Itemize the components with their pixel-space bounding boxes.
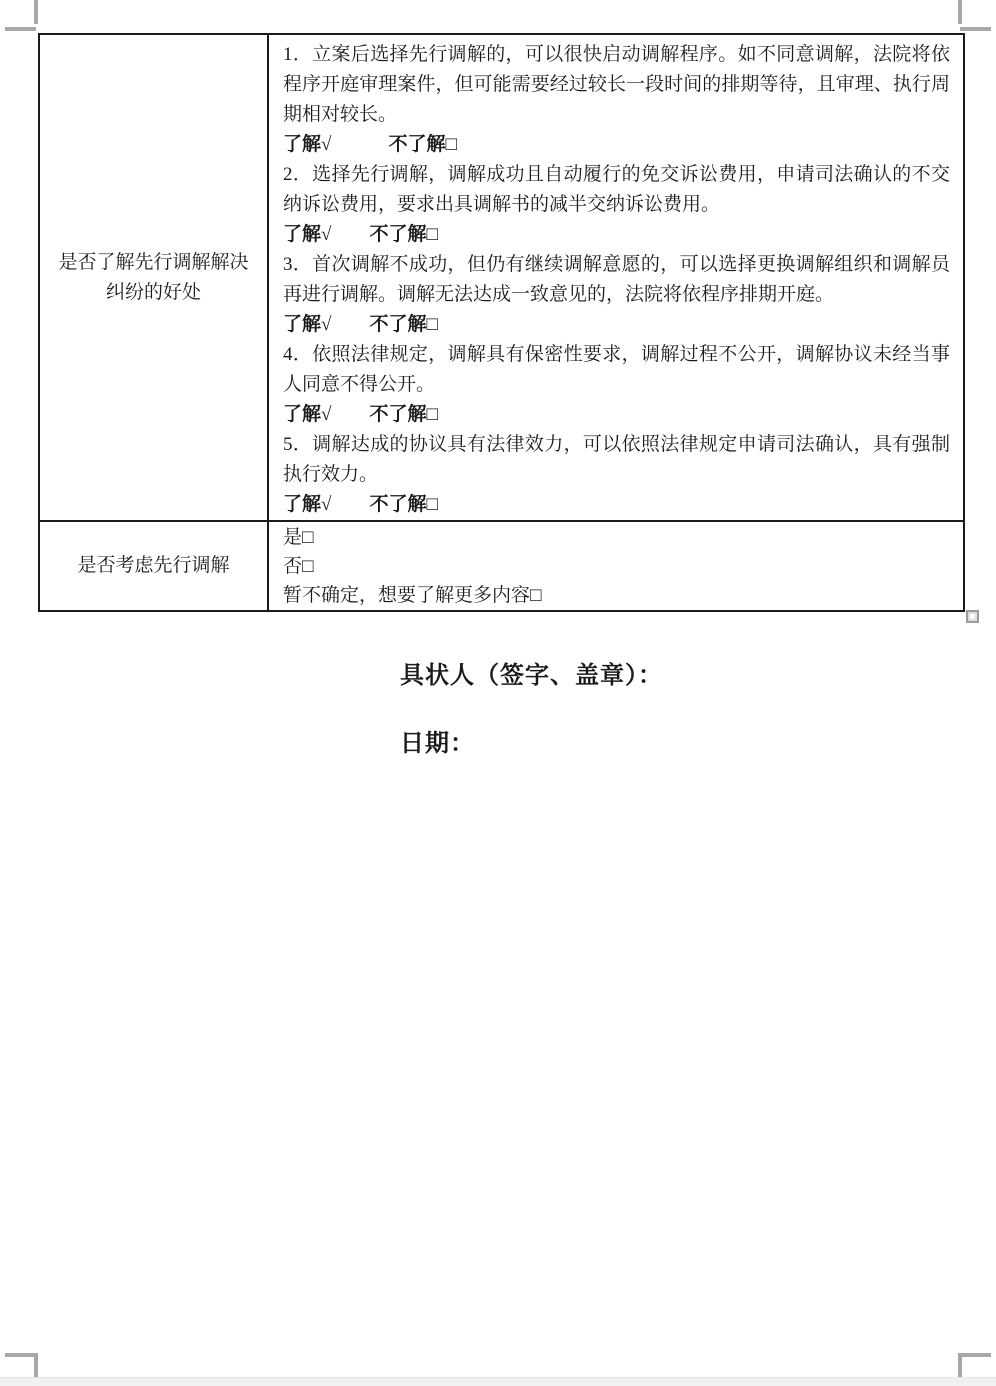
not-understand-checkbox[interactable]: 不了解□ — [369, 224, 437, 245]
benefit-item-2-text: 2．选择先行调解，调解成功且自动履行的免交诉讼费用，申请司法确认的不交纳诉讼费用… — [283, 160, 950, 220]
benefits-content-cell: 1．立案后选择先行调解的，可以很快启动调解程序。如不同意调解，法院将依程序开庭审… — [268, 34, 964, 521]
margin-mark-bottom-left — [5, 1353, 36, 1357]
benefit-item-1-answer: 了解√不了解□ — [283, 130, 950, 160]
table-row-consider: 是否考虑先行调解 是□ 否□ 暂不确定，想要了解更多内容□ — [39, 521, 964, 611]
document-page: 是否了解先行调解解决 纠纷的好处 1．立案后选择先行调解的，可以很快启动调解程序… — [0, 0, 996, 1386]
not-understand-checkbox[interactable]: 不了解□ — [388, 134, 456, 155]
mediation-form-table: 是否了解先行调解解决 纠纷的好处 1．立案后选择先行调解的，可以很快启动调解程序… — [38, 33, 965, 612]
benefit-item-4-text: 4．依照法律规定，调解具有保密性要求，调解过程不公开，调解协议未经当事人同意不得… — [283, 340, 950, 400]
consider-content-cell: 是□ 否□ 暂不确定，想要了解更多内容□ — [268, 521, 964, 611]
understand-checked[interactable]: 了解√ — [283, 314, 331, 335]
not-understand-checkbox[interactable]: 不了解□ — [369, 494, 437, 515]
not-understand-checkbox[interactable]: 不了解□ — [369, 314, 437, 335]
margin-mark-top-left — [34, 0, 38, 24]
understand-checked[interactable]: 了解√ — [283, 134, 331, 155]
row-label-benefits: 是否了解先行调解解决 纠纷的好处 — [39, 34, 268, 521]
benefit-item-3-answer: 了解√不了解□ — [283, 310, 950, 340]
understand-checked[interactable]: 了解√ — [283, 224, 331, 245]
signer-label: 具状人（签字、盖章）： — [400, 660, 663, 692]
margin-mark-top-right — [960, 27, 991, 31]
date-label: 日期： — [400, 728, 663, 760]
benefit-item-3-text: 3．首次调解不成功，但仍有继续调解意愿的，可以选择更换调解组织和调解员再进行调解… — [283, 250, 950, 310]
table-row-benefits: 是否了解先行调解解决 纠纷的好处 1．立案后选择先行调解的，可以很快启动调解程序… — [39, 34, 964, 521]
not-understand-checkbox[interactable]: 不了解□ — [369, 404, 437, 425]
row-label-line: 是否了解先行调解解决 — [40, 248, 267, 278]
benefit-item-4-answer: 了解√不了解□ — [283, 400, 950, 430]
row-label-line: 纠纷的好处 — [40, 278, 267, 308]
margin-mark-top-left — [5, 27, 36, 31]
benefit-item-2-answer: 了解√不了解□ — [283, 220, 950, 250]
benefit-item-5-answer: 了解√不了解□ — [283, 490, 950, 520]
understand-checked[interactable]: 了解√ — [283, 494, 331, 515]
margin-mark-top-right — [958, 0, 962, 24]
row-label-consider: 是否考虑先行调解 — [39, 521, 268, 611]
page-gap-strip — [0, 1377, 996, 1386]
table-resize-handle[interactable] — [966, 610, 979, 623]
benefit-item-5-text: 5．调解达成的协议具有法律效力，可以依照法律规定申请司法确认，具有强制执行效力。 — [283, 430, 950, 490]
understand-checked[interactable]: 了解√ — [283, 404, 331, 425]
margin-mark-bottom-right — [960, 1353, 991, 1357]
consider-option-no[interactable]: 否□ — [283, 552, 950, 581]
consider-option-yes[interactable]: 是□ — [283, 523, 950, 552]
consider-option-unsure[interactable]: 暂不确定，想要了解更多内容□ — [283, 581, 950, 610]
signature-block: 具状人（签字、盖章）： 日期： — [400, 660, 663, 796]
benefit-item-1-text: 1．立案后选择先行调解的，可以很快启动调解程序。如不同意调解，法院将依程序开庭审… — [283, 40, 950, 130]
